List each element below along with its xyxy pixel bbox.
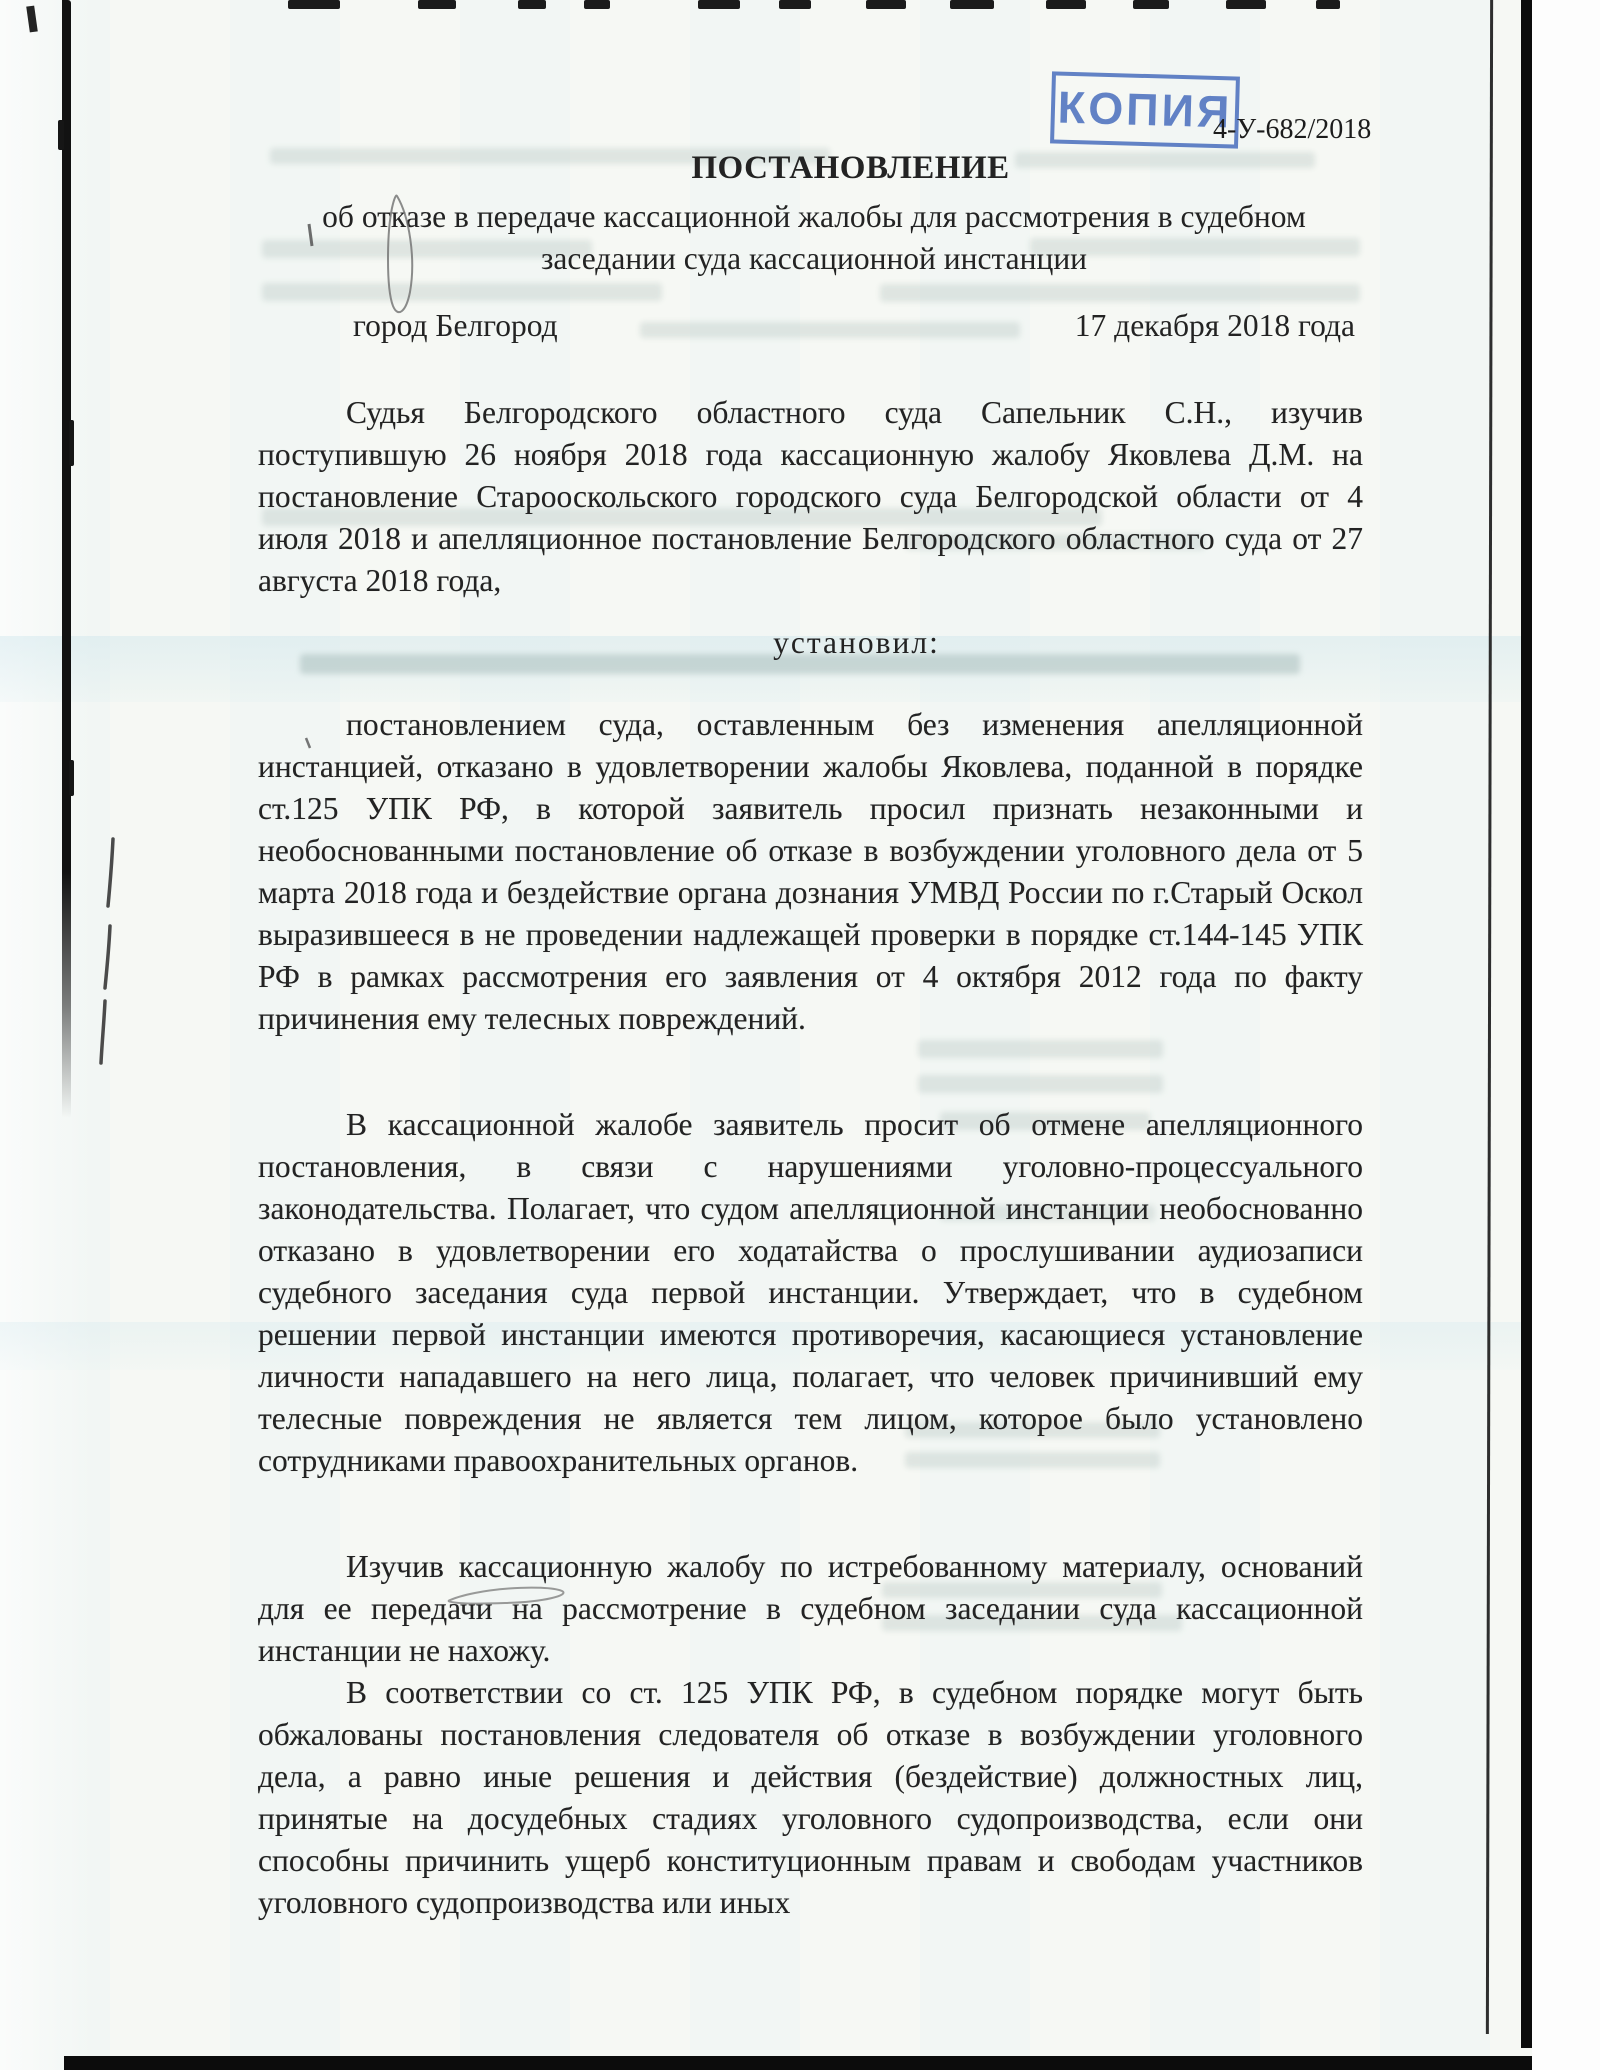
scan-top-dash [1226,0,1266,9]
scanned-court-document-page: КОПИЯ 4-У-682/2018 ПОСТАНОВЛЕНИЕ об отка… [0,0,1600,2070]
scan-top-dash [518,0,546,9]
scan-top-dash [866,0,906,9]
scan-margin-white [1532,0,1600,2070]
body-paragraph: В кассационной жалобе заявитель просит о… [258,1104,1363,1482]
scan-edge-right-thick [1521,0,1532,2048]
scan-top-dash [950,0,994,9]
document-subtitle: об отказе в передаче кассационной жалобы… [294,196,1334,280]
scan-edge-left [62,0,71,1118]
scan-top-dash [418,0,456,9]
scan-top-dash [1316,0,1340,9]
margin-stroke [105,926,110,988]
scan-top-dash [1046,0,1086,9]
scan-edge-bottom [64,2056,1532,2070]
intro-paragraph: Судья Белгородского областного суда Сапе… [258,392,1363,602]
scan-top-dash [779,0,811,9]
date-label: 17 декабря 2018 года [1075,305,1355,347]
place-label: город Белгород [353,305,558,347]
body-paragraph: Изучив кассационную жалобу по истребован… [258,1546,1363,1672]
place-date-row: город Белгород 17 декабря 2018 года [258,305,1363,347]
margin-stroke [101,1001,105,1063]
finding-word: установил: [258,622,1363,664]
scan-edge-right-thin [1486,0,1493,2034]
copy-stamp-label: КОПИЯ [1057,82,1233,139]
scan-edge-blob [69,760,74,796]
body-paragraph: В соответствии со ст. 125 УПК РФ, в суде… [258,1672,1363,1924]
scan-edge-blob [58,120,64,150]
scan-top-dash [288,0,340,9]
document-title: ПОСТАНОВЛЕНИЕ [258,148,1363,188]
margin-stroke [108,839,113,906]
body-paragraph: постановлением суда, оставленным без изм… [258,704,1363,1040]
scan-corner-mark [26,6,38,33]
scan-top-dash [584,0,610,9]
scan-top-dash [698,0,740,9]
document-text-column: ПОСТАНОВЛЕНИЕ об отказе в передаче касса… [258,140,1363,1924]
scan-top-dash [1133,0,1169,9]
copy-stamp: КОПИЯ [1050,71,1240,148]
scan-edge-blob [69,420,74,466]
